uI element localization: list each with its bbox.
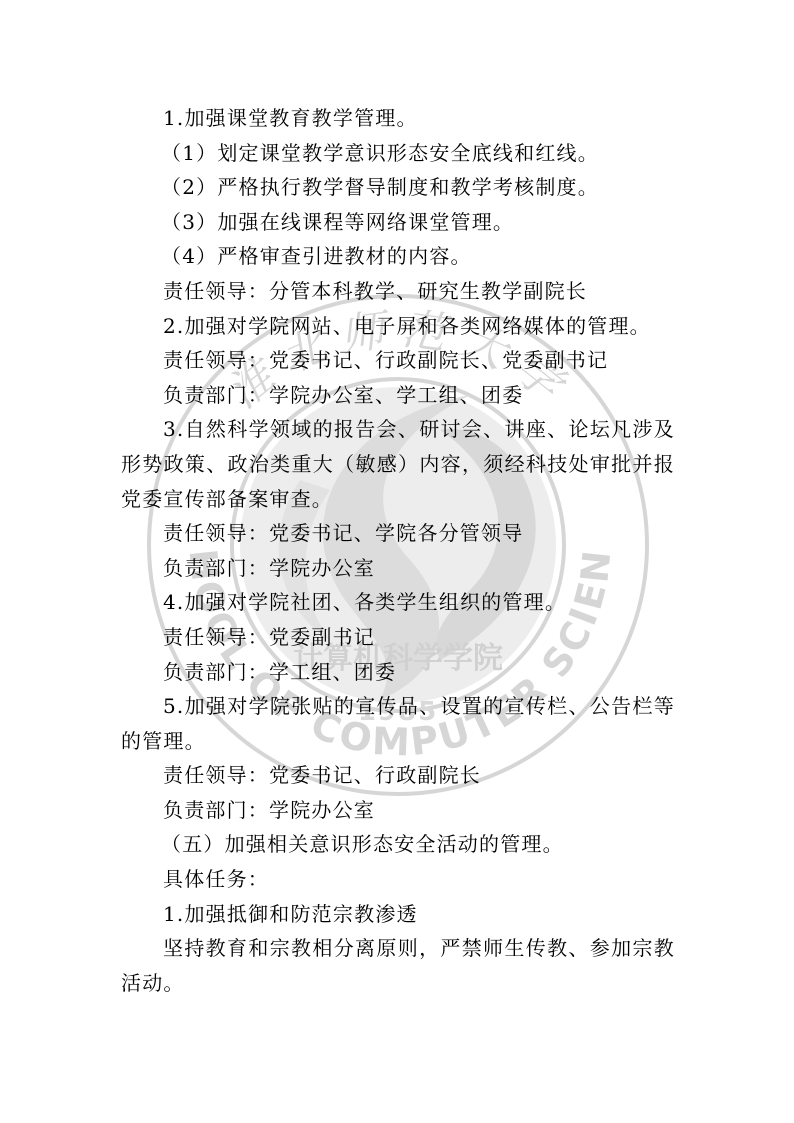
responsible-leader-3: 责任领导：党委书记、学院各分管领导 xyxy=(121,516,675,551)
responsible-leader-2: 责任领导：党委书记、行政副院长、党委副书记 xyxy=(121,343,675,378)
paragraph-item-4-heading: 4.加强对学院社团、各类学生组织的管理。 xyxy=(121,585,675,620)
responsible-department-3: 负责部门：学院办公室 xyxy=(121,551,675,586)
paragraph-subitem-3: （3）加强在线课程等网络课堂管理。 xyxy=(121,205,675,240)
paragraph-item-1-heading: 1.加强课堂教育教学管理。 xyxy=(121,101,675,136)
paragraph-subitem-4: （4）严格审查引进教材的内容。 xyxy=(121,239,675,274)
responsible-leader-1: 责任领导：分管本科教学、研究生教学副院长 xyxy=(121,274,675,309)
section-5-heading: （五）加强相关意识形态安全活动的管理。 xyxy=(121,827,675,862)
responsible-department-5: 负责部门：学院办公室 xyxy=(121,793,675,828)
responsible-department-4: 负责部门：学工组、团委 xyxy=(121,655,675,690)
paragraph-subitem-1: （1）划定课堂教学意识形态安全底线和红线。 xyxy=(121,136,675,171)
responsible-department-2: 负责部门：学院办公室、学工组、团委 xyxy=(121,378,675,413)
responsible-leader-5: 责任领导：党委书记、行政副院长 xyxy=(121,758,675,793)
specific-tasks-label: 具体任务： xyxy=(121,862,675,897)
responsible-leader-4: 责任领导：党委副书记 xyxy=(121,620,675,655)
paragraph-item-2-heading: 2.加强对学院网站、电子屏和各类网络媒体的管理。 xyxy=(121,309,675,344)
task-1-body: 坚持教育和宗教相分离原则，严禁师生传教、参加宗教活动。 xyxy=(121,931,675,1000)
task-1-heading: 1.加强抵御和防范宗教渗透 xyxy=(121,897,675,932)
document-body: 1.加强课堂教育教学管理。 （1）划定课堂教学意识形态安全底线和红线。 （2）严… xyxy=(121,101,675,1000)
document-page: 计算机科学学院 1985 SCHOOL OF COMPUTER SCIENCE … xyxy=(0,0,794,1123)
paragraph-item-3-heading: 3.自然科学领域的报告会、研讨会、讲座、论坛凡涉及形势政策、政治类重大（敏感）内… xyxy=(121,412,675,516)
paragraph-subitem-2: （2）严格执行教学督导制度和教学考核制度。 xyxy=(121,170,675,205)
paragraph-item-5-heading: 5.加强对学院张贴的宣传品、设置的宣传栏、公告栏等的管理。 xyxy=(121,689,675,758)
